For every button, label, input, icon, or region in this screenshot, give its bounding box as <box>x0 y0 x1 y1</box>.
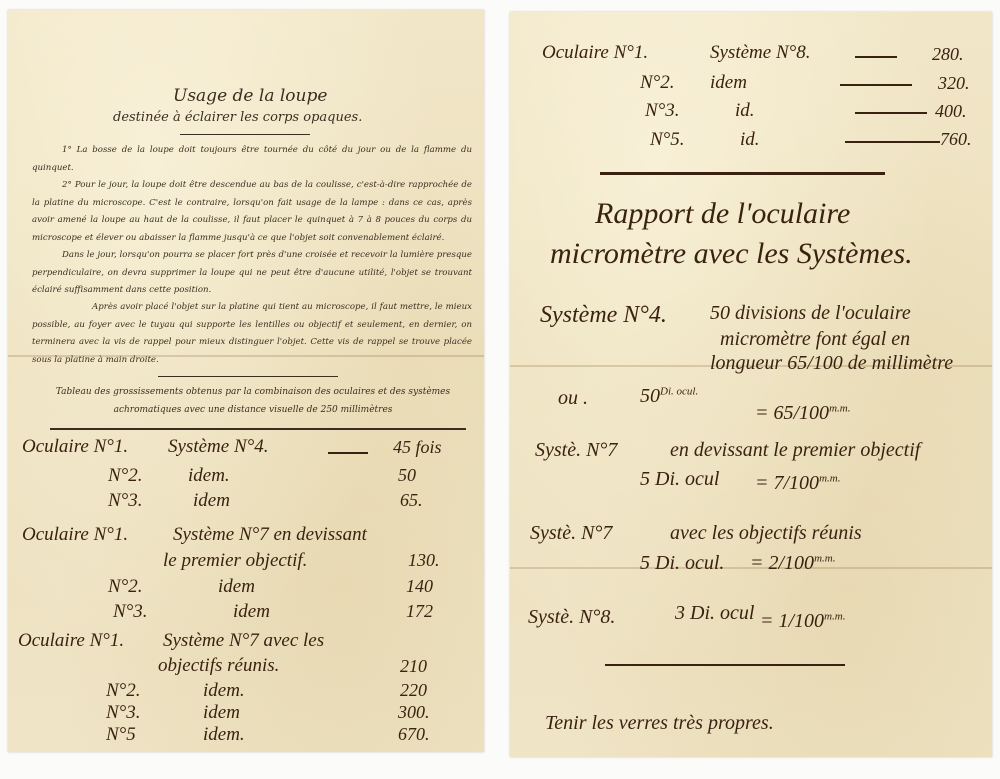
system-7b-eq-left: 5 Di. ocul. <box>640 552 724 575</box>
paragraph-2: 2° Pour le jour, la loupe doit être desc… <box>32 177 472 247</box>
paragraph-3: Dans le jour, lorsqu'on pourra se placer… <box>32 247 472 300</box>
row-value: 140 <box>406 576 433 597</box>
row-value: 320. <box>938 73 970 94</box>
row-system: le premier objectif. <box>163 550 307 572</box>
row-value: 400. <box>935 101 967 122</box>
row-system: idem <box>233 601 270 623</box>
leader-dash <box>855 56 897 58</box>
system-4-eq-left: 50 <box>640 385 660 407</box>
row-value: 300. <box>398 702 430 723</box>
leader-dash <box>855 112 927 114</box>
system-8-eq-right: = 1/100 <box>760 610 824 632</box>
leader-dash <box>328 452 368 454</box>
system-4-eq-left-sup: Di. ocul. <box>660 385 698 397</box>
row-system: Système N°4. <box>168 436 268 458</box>
system-7b-eq-right: = 2/100 <box>750 552 814 574</box>
paragraph-1: 1° La bosse de la loupe doit toujours êt… <box>32 142 472 177</box>
system-7a-eq-left: 5 Di. ocul <box>640 468 719 491</box>
row-ocular: Oculaire N°1. <box>542 42 648 64</box>
table-caption: Tableau des grossissements obtenus par l… <box>48 384 458 419</box>
row-ocular: N°3. <box>106 702 141 724</box>
row-system: idem <box>218 576 255 598</box>
page-subtitle: destinée à éclairer les corps opaques. <box>113 110 362 125</box>
section-heading-line1: Rapport de l'oculaire <box>595 197 850 231</box>
row-system: objectifs réunis. <box>158 655 279 677</box>
row-system: idem <box>710 72 747 94</box>
leader-dash <box>840 84 912 86</box>
row-system: id. <box>740 129 760 151</box>
row-value: 172 <box>406 601 433 622</box>
row-value: 50 <box>398 465 416 486</box>
system-7a-eq-right: = 7/100 <box>755 472 819 494</box>
system-8-label: Systè. N°8. <box>528 606 615 629</box>
row-system: idem. <box>188 465 230 487</box>
table-divider <box>50 428 466 430</box>
row-value: 670. <box>398 724 430 745</box>
row-value: 130. <box>408 550 440 571</box>
row-ocular: Oculaire N°1. <box>18 630 124 652</box>
row-value: 65. <box>400 490 423 511</box>
row-ocular: Oculaire N°1. <box>22 524 128 546</box>
system-4-line1: 50 divisions de l'oculaire <box>710 302 911 325</box>
system-7b-text: avec les objectifs réunis <box>670 522 862 545</box>
row-ocular: N°2. <box>108 465 143 487</box>
section-divider <box>605 664 845 666</box>
row-system: id. <box>735 100 755 122</box>
system-7a-text: en devissant le premier objectif <box>670 439 920 462</box>
row-system: Système N°7 avec les <box>163 630 324 652</box>
row-ocular: N°2. <box>106 680 141 702</box>
row-system: idem. <box>203 680 245 702</box>
system-7a-label: Systè. N°7 <box>535 439 617 462</box>
row-value: 45 fois <box>393 437 442 458</box>
system-8-eq-left: 3 Di. ocul <box>675 602 754 625</box>
row-value: 760. <box>940 129 972 150</box>
row-ocular: N°5. <box>650 129 685 151</box>
row-system: idem <box>193 490 230 512</box>
row-system: idem. <box>203 724 245 746</box>
row-value: 220 <box>400 680 427 701</box>
system-4-line2: micromètre font égal en <box>720 328 910 351</box>
row-system: idem <box>203 702 240 724</box>
system-7a-eq-unit: m.m. <box>819 472 840 484</box>
row-ocular: N°5 <box>106 724 136 746</box>
section-divider <box>600 172 885 175</box>
row-ocular: N°3. <box>113 601 148 623</box>
right-page: Oculaire N°1. Système N°8. 280. N°2. ide… <box>510 12 992 757</box>
row-system: Système N°8. <box>710 42 810 64</box>
system-4-eq-right: = 65/100 <box>755 402 829 424</box>
row-value: 210 <box>400 656 427 677</box>
row-ocular: N°3. <box>108 490 143 512</box>
left-page: Usage de la loupe destinée à éclairer le… <box>8 10 484 752</box>
row-system: Système N°7 en devissant <box>173 524 367 546</box>
row-ocular: N°3. <box>645 100 680 122</box>
system-7b-eq-unit: m.m. <box>814 552 835 564</box>
footer-note: Tenir les verres très propres. <box>545 712 774 735</box>
page-title: Usage de la loupe <box>173 86 327 106</box>
system-4-label: Système N°4. <box>540 302 667 329</box>
system-8-eq-unit: m.m. <box>824 610 845 622</box>
row-value: 280. <box>932 44 964 65</box>
row-ocular: N°2. <box>108 576 143 598</box>
system-4-or: ou . <box>558 387 588 410</box>
section-heading-line2: micromètre avec les Systèmes. <box>550 237 913 271</box>
row-ocular: Oculaire N°1. <box>22 436 128 458</box>
system-4-eq-unit: m.m. <box>829 402 850 414</box>
system-7b-label: Systè. N°7 <box>530 522 612 545</box>
title-divider <box>180 134 310 135</box>
leader-dash <box>845 141 940 143</box>
caption-divider <box>158 376 338 377</box>
row-ocular: N°2. <box>640 72 675 94</box>
system-4-line3: longueur 65/100 de millimètre <box>710 352 953 375</box>
paragraph-4: Après avoir placé l'objet sur la platine… <box>32 299 472 369</box>
